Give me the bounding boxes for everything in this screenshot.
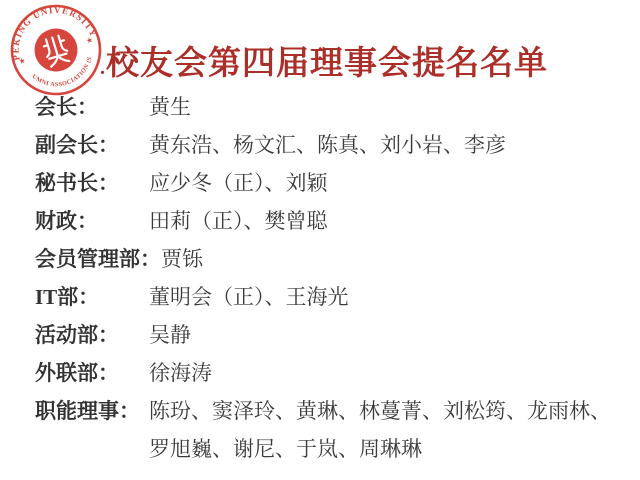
roster-row-value: 董明会（正）、王海光 (149, 278, 621, 316)
roster-row-value: 吴静 (149, 316, 621, 354)
page-title: .校友会第四届理事会提名名单 (100, 45, 548, 85)
roster-row-label: 会长： (35, 88, 149, 126)
roster-row-activities-dept: 活动部： 吴静 (35, 316, 621, 354)
title-leading-dot: . (100, 57, 105, 79)
roster-row-value: 黄生 (149, 88, 621, 126)
title-text: 校友会第四届理事会提名名单 (106, 46, 548, 82)
roster-row-it-dept: IT部： 董明会（正）、王海光 (35, 278, 621, 316)
roster-row-functional-directors: 职能理事： 陈玢、窦泽玲、黄琳、林蔓菁、刘松筠、龙雨林、罗旭巍、谢尼、于岚、周琳… (35, 392, 621, 468)
roster-row-label: 职能理事： (35, 392, 149, 430)
roster-row-label: 秘书长： (35, 164, 149, 202)
roster-row-label: 活动部： (35, 316, 149, 354)
roster-row-secretary-general: 秘书长： 应少冬（正）、刘颖 (35, 164, 621, 202)
roster-row-value: 陈玢、窦泽玲、黄琳、林蔓菁、刘松筠、龙雨林、罗旭巍、谢尼、于岚、周琳琳 (149, 392, 621, 468)
roster-row-vice-presidents: 副会长： 黄东浩、杨文汇、陈真、刘小岩、李彦 (35, 126, 621, 164)
roster-row-value: 徐海涛 (149, 354, 621, 392)
roster-row-label: 副会长： (35, 126, 149, 164)
roster-row-value: 黄东浩、杨文汇、陈真、刘小岩、李彦 (149, 126, 621, 164)
roster-row-president: 会长： 黄生 (35, 88, 621, 126)
roster-row-label: IT部： (35, 278, 149, 316)
document-page: PEKING UNIVERSITY ALUMNI ASSOCIATION (SG… (0, 0, 640, 480)
roster-row-value: 应少冬（正）、刘颖 (149, 164, 621, 202)
roster-row-label: 财政： (35, 202, 149, 240)
roster-row-label: 外联部： (35, 354, 149, 392)
roster-row-finance: 财政： 田莉（正）、樊曾聪 (35, 202, 621, 240)
roster-row-membership-dept: 会员管理部： 贾铄 (35, 240, 621, 278)
nomination-roster: 会长： 黄生 副会长： 黄东浩、杨文汇、陈真、刘小岩、李彦 秘书长： 应少冬（正… (35, 88, 621, 468)
roster-row-value: 田莉（正）、樊曾聪 (149, 202, 621, 240)
roster-row-external-liaison-dept: 外联部： 徐海涛 (35, 354, 621, 392)
roster-row-label: 会员管理部： (35, 240, 161, 278)
roster-row-value: 贾铄 (161, 240, 621, 278)
